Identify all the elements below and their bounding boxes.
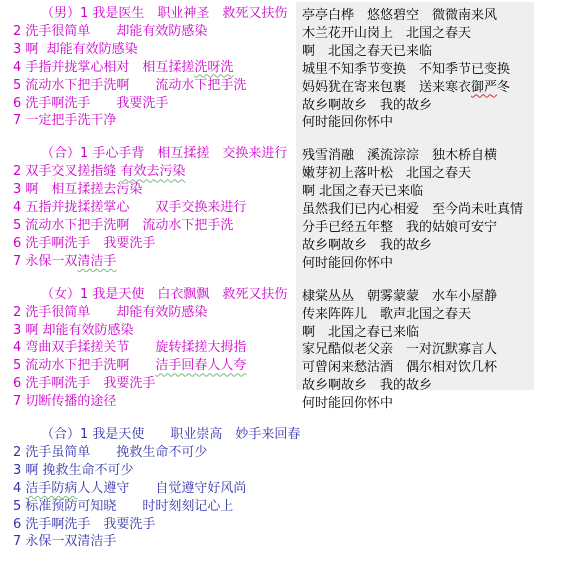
lyric-line: 3 啊 却能有效防感染 [13,41,296,59]
lyric-line: （男）1 我是医生 职业神圣 救死又扶伤 [13,5,296,23]
lyric-line: 2 洗手很简单 却能有效防感染 [13,304,296,322]
lyric-text: 冬 [497,80,510,95]
lyric-text: 亭亭白桦 悠悠碧空 微微南来风 [302,8,497,23]
lyric-line: 啊 北国之春天已来临 [302,183,534,201]
lyric-line: 虽然我们已内心相爱 至今尚未吐真情 [302,201,534,219]
lyric-text: 啊 北国之春天已来临 [302,184,423,199]
lyric-line: 啊 北国之春天已来临 [302,43,534,61]
lyric-text: 棣棠丛丛 朝雾蒙蒙 水车小屋静 [302,289,497,304]
lyrics-stanza: （合）1 手心手背 相互揉搓 交换来进行2 双手交叉搓指缝 有效去污染3 啊 相… [13,145,296,270]
lyric-line: 4 五指并拢揉搓掌心 双手交换来进行 [13,199,296,217]
spellcheck-marked-text: 洁手防病 [25,481,77,496]
lyric-text: （合）1 我是天使 职业崇高 妙手来回春 [41,427,300,442]
lyric-line: 故乡啊故乡 我的故乡 [302,237,534,255]
lyric-line: 6 洗手啊洗手 我要洗手 [13,375,296,393]
lyric-text: 6 洗手啊洗手 我要洗手 [13,376,155,391]
lyric-line: 7 永保一双清洁手 [13,253,296,271]
lyric-text: （男）1 我是医生 职业神圣 救死又扶伤 [41,6,287,21]
spellcheck-marked-text: 洁手回春人人夸 [155,358,246,373]
lyric-line: 嫩芽初上落叶松 北国之春天 [302,165,534,183]
lyric-text: 啊 北国之春天已来临 [302,44,432,59]
lyric-text: 何时能回你怀中 [302,115,393,130]
lyric-text: 5 流动水下把手洗啊 流动水下把手洗 [13,218,233,233]
lyric-text: 家兄酷似老父亲 一对沉默寡言人 [302,342,497,357]
lyric-text: 妈妈犹在寄来包裹 送来寒衣 [302,80,471,95]
lyric-text: 4 [13,481,25,496]
lyric-text: 7 永保一双 [13,254,77,269]
lyric-line: （合）1 我是天使 职业崇高 妙手来回春 [13,426,296,444]
lyric-text: 2 双手交叉搓指缝 [13,164,121,179]
lyrics-stanza: （合）1 我是天使 职业崇高 妙手来回春2 洗手虽简单 挽救生命不可少3 啊 挽… [13,426,296,551]
spellcheck-marked-text: 御严 [471,80,497,95]
lyric-text: 何时能回你怀中 [302,396,393,411]
lyric-text: 分手已经五年整 我的姑娘可安宁 [302,220,497,235]
lyric-text: 何时能回你怀中 [302,256,393,271]
lyric-text: 7 永保一双清洁手 [13,534,116,549]
lyric-line: 2 洗手很简单 却能有效防感染 [13,23,296,41]
lyric-line: 5 流动水下把手洗啊 洁手回春人人夸 [13,357,296,375]
lyric-line: 木兰花开山岗上 北国之春天 [302,25,534,43]
lyric-text: 3 啊 却能有效防感染 [13,42,138,57]
lyric-line: 4 手指并拢掌心相对 相互揉搓洗呀洗 [13,59,296,77]
lyric-text: 7 一定把手洗干净 [13,113,116,128]
lyric-line: 2 双手交叉搓指缝 有效去污染 [13,163,296,181]
lyric-text: 4 弯曲双手揉搓关节 旋转揉搓大拇指 [13,340,246,355]
lyric-text: 6 洗手啊洗手 我要洗手 [13,236,155,251]
lyric-text: 2 洗手很简单 却能有效防感染 [13,305,207,320]
lyric-text: 虽然我们已内心相爱 至今尚未吐真情 [302,202,523,217]
lyric-text: 故乡啊故乡 我的故乡 [302,238,432,253]
lyric-line: 6 洗手啊洗手 我要洗手 [13,95,296,113]
lyrics-left-column: （男）1 我是医生 职业神圣 救死又扶伤2 洗手很简单 却能有效防感染3 啊 却… [13,5,296,564]
lyric-line: 啊 北国之春已来临 [302,324,534,342]
spellcheck-marked-text: 清洁手 [77,254,116,269]
lyric-line: 4 洁手防病人人遵守 自觉遵守好风尚 [13,480,296,498]
lyric-text: 5 流动水下把手洗啊 流动水下把手洗 [13,78,246,93]
lyric-text: （合）1 手心手背 相互揉搓 交换来进行 [41,146,287,161]
lyric-text: 木兰花开山岗上 北国之春天 [302,26,471,41]
lyric-text: 4 手指并拢掌心相对 相互揉搓 [13,60,194,75]
lyric-line: 分手已经五年整 我的姑娘可安宁 [302,219,534,237]
lyric-line: 7 一定把手洗干净 [13,112,296,130]
lyric-line: 故乡啊故乡 我的故乡 [302,377,534,395]
lyric-text: 城里不知季节变换 不知季节已变换 [302,62,510,77]
lyric-line: 可曾闲来愁沽酒 偶尔相对饮几杯 [302,359,534,377]
lyric-text: 可曾闲来愁沽酒 偶尔相对饮几杯 [302,360,497,375]
lyric-text: 5 流动水下把手洗啊 [13,358,155,373]
lyric-line: 3 啊 却能有效防感染 [13,322,296,340]
lyric-line: 6 洗手啊洗手 我要洗手 [13,516,296,534]
lyric-line: 3 啊 相互揉搓去污染 [13,181,296,199]
lyrics-stanza: 棣棠丛丛 朝雾蒙蒙 水车小屋静传来阵阵儿 歌声北国之春天啊 北国之春已来临家兄酷… [302,288,534,413]
lyric-line: 亭亭白桦 悠悠碧空 微微南来风 [302,7,534,25]
lyric-line: 5 流动水下把手洗啊 流动水下把手洗 [13,77,296,95]
lyric-line: 5 流动水下把手洗啊 流动水下把手洗 [13,217,296,235]
spellcheck-marked-text: 有效去污染 [121,164,186,179]
lyric-text: 故乡啊故乡 我的故乡 [302,378,432,393]
lyric-line: 家兄酷似老父亲 一对沉默寡言人 [302,341,534,359]
lyric-line: 城里不知季节变换 不知季节已变换 [302,61,534,79]
lyric-line: 7 切断传播的途径 [13,393,296,411]
lyric-text: 残雪消融 溪流淙淙 独木桥自横 [302,148,497,163]
lyric-text: 3 啊 挽救生命不可少 [13,463,134,478]
lyric-text: （女）1 我是天使 白衣飘飘 救死又扶伤 [41,287,287,302]
lyric-line: 5 标准预防可知晓 时时刻刻记心上 [13,498,296,516]
lyric-line: 7 永保一双清洁手 [13,533,296,551]
lyric-text: 7 切断传播的途径 [13,394,116,409]
lyric-text: 人人遵守 自觉遵守好风尚 [77,481,246,496]
lyric-line: 传来阵阵儿 歌声北国之春天 [302,306,534,324]
lyrics-stanza: 亭亭白桦 悠悠碧空 微微南来风木兰花开山岗上 北国之春天啊 北国之春天已来临城里… [302,7,534,132]
lyric-line: 2 洗手虽简单 挽救生命不可少 [13,444,296,462]
lyric-line: 何时能回你怀中 [302,114,534,132]
lyric-text: 4 五指并拢揉搓掌心 双手交换来进行 [13,200,246,215]
lyric-line: 6 洗手啊洗手 我要洗手 [13,235,296,253]
lyric-line: 4 弯曲双手揉搓关节 旋转揉搓大拇指 [13,339,296,357]
lyric-line: 3 啊 挽救生命不可少 [13,462,296,480]
lyric-text: 传来阵阵儿 歌声北国之春天 [302,307,471,322]
lyric-line: 残雪消融 溪流淙淙 独木桥自横 [302,147,534,165]
lyrics-stanza: （男）1 我是医生 职业神圣 救死又扶伤2 洗手很简单 却能有效防感染3 啊 却… [13,5,296,130]
lyric-text: 3 啊 却能有效防感染 [13,323,134,338]
spellcheck-marked-text: 洗呀洗 [194,60,233,75]
lyric-text: 6 洗手啊洗手 我要洗手 [13,96,168,111]
lyric-line: （合）1 手心手背 相互揉搓 交换来进行 [13,145,296,163]
lyric-text: 故乡啊故乡 我的故乡 [302,98,432,113]
lyric-line: 何时能回你怀中 [302,255,534,273]
lyric-text: 3 啊 相互揉搓去污染 [13,182,142,197]
lyric-line: （女）1 我是天使 白衣飘飘 救死又扶伤 [13,286,296,304]
lyric-text: 6 洗手啊洗手 我要洗手 [13,517,155,532]
lyrics-right-column: 亭亭白桦 悠悠碧空 微微南来风木兰花开山岗上 北国之春天啊 北国之春天已来临城里… [296,2,534,428]
lyrics-stanza: （女）1 我是天使 白衣飘飘 救死又扶伤2 洗手很简单 却能有效防感染3 啊 却… [13,286,296,411]
lyric-line: 棣棠丛丛 朝雾蒙蒙 水车小屋静 [302,288,534,306]
lyric-text: 2 洗手很简单 却能有效防感染 [13,24,207,39]
lyric-text: 5 标准预防可知晓 时时刻刻记心上 [13,499,233,514]
lyric-line: 何时能回你怀中 [302,395,534,413]
lyric-text: 啊 北国之春已来临 [302,325,419,340]
lyric-text: 2 洗手虽简单 挽救生命不可少 [13,445,207,460]
lyrics-stanza: 残雪消融 溪流淙淙 独木桥自横嫩芽初上落叶松 北国之春天啊 北国之春天已来临虽然… [302,147,534,272]
lyric-text: 嫩芽初上落叶松 北国之春天 [302,166,471,181]
lyric-line: 妈妈犹在寄来包裹 送来寒衣御严冬 [302,79,534,97]
lyric-line: 故乡啊故乡 我的故乡 [302,97,534,115]
